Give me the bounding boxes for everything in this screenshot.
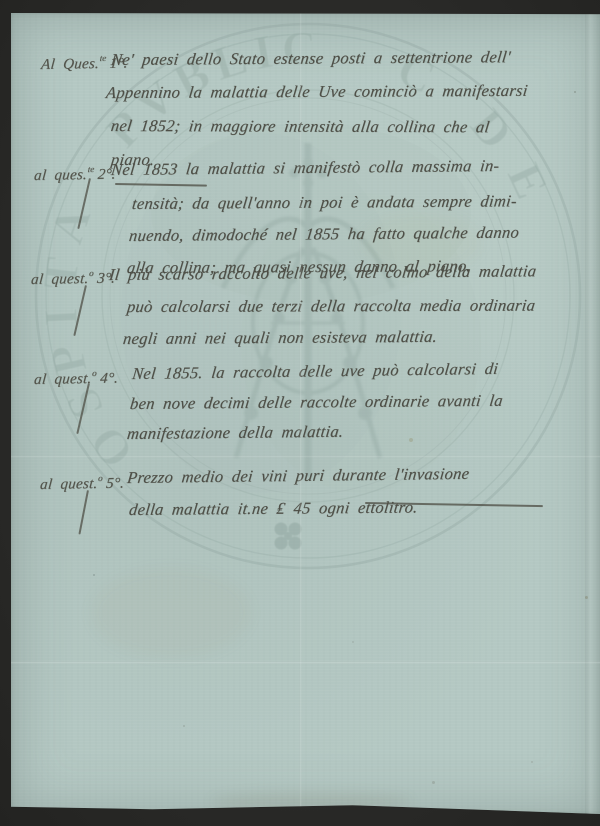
handwritten-line: può calcolarsi due terzi della raccolta … — [126, 298, 536, 316]
answer-label-part: o — [89, 268, 94, 278]
answer-label-part: al ques. — [33, 167, 87, 184]
handwritten-line: negli anni nei quali non esisteva malatt… — [122, 329, 438, 348]
seal-rosette — [275, 523, 302, 550]
paper-speck — [352, 641, 354, 643]
handwritten-line: tensità; da quell'anno in poi è andata s… — [131, 193, 518, 212]
answer-label-part: te — [87, 164, 94, 174]
handwritten-line: Ne' paesi dello Stato estense posti a se… — [110, 49, 511, 68]
handwritten-line: Prezzo medio dei vini puri durante l'inv… — [126, 466, 470, 487]
answer-label: al quest.o5°. — [39, 474, 125, 493]
answer-label-part: al quest. — [30, 271, 89, 288]
answer-label-part: 5°. — [105, 476, 125, 492]
answer-label: al ques.te2°. — [33, 165, 116, 184]
handwritten-line: nuendo, dimodoché nel 1855 ha fatto qual… — [128, 225, 520, 245]
paper-speck — [183, 725, 185, 727]
answer-label: al quest.o3°. — [30, 269, 116, 288]
paper-stain — [91, 568, 251, 658]
answer-label-part: o — [98, 473, 103, 483]
answer-label-part: al quest. — [33, 371, 92, 388]
paper-speck — [409, 438, 413, 442]
handwritten-line: Appennino la malattia delle Uve cominciò… — [105, 83, 529, 102]
answer-label-part: al quest. — [39, 476, 98, 493]
handwritten-line: ben nove decimi delle raccolte ordinarie… — [129, 393, 504, 413]
photo-backdrop: OSPITA PVBLIC C DE — [0, 0, 600, 826]
paper-stain — [211, 793, 411, 811]
answer-label-part: te — [99, 53, 106, 63]
paper-speck — [531, 761, 533, 763]
answer-label: al quest.o4°. — [33, 369, 119, 388]
paper-speck — [432, 781, 435, 784]
answer-label-part: o — [92, 368, 97, 378]
manuscript-page: OSPITA PVBLIC C DE — [11, 13, 600, 814]
handwritten-line: nel 1852; in maggiore intensità alla col… — [110, 118, 491, 136]
paper-speck — [93, 574, 95, 576]
paper-speck — [574, 91, 576, 93]
handwritten-line: Il più scarso raccolto delle uve, nel co… — [108, 263, 537, 283]
answer-label-part: Al Ques. — [40, 56, 99, 73]
answer-label-part: 4°. — [99, 371, 119, 387]
fold-crease-right-edge — [585, 13, 598, 814]
handwritten-line: manifestazione della malattia. — [126, 424, 344, 443]
handwritten-line: Nel 1853 la malattia si manifestò colla … — [110, 158, 500, 179]
